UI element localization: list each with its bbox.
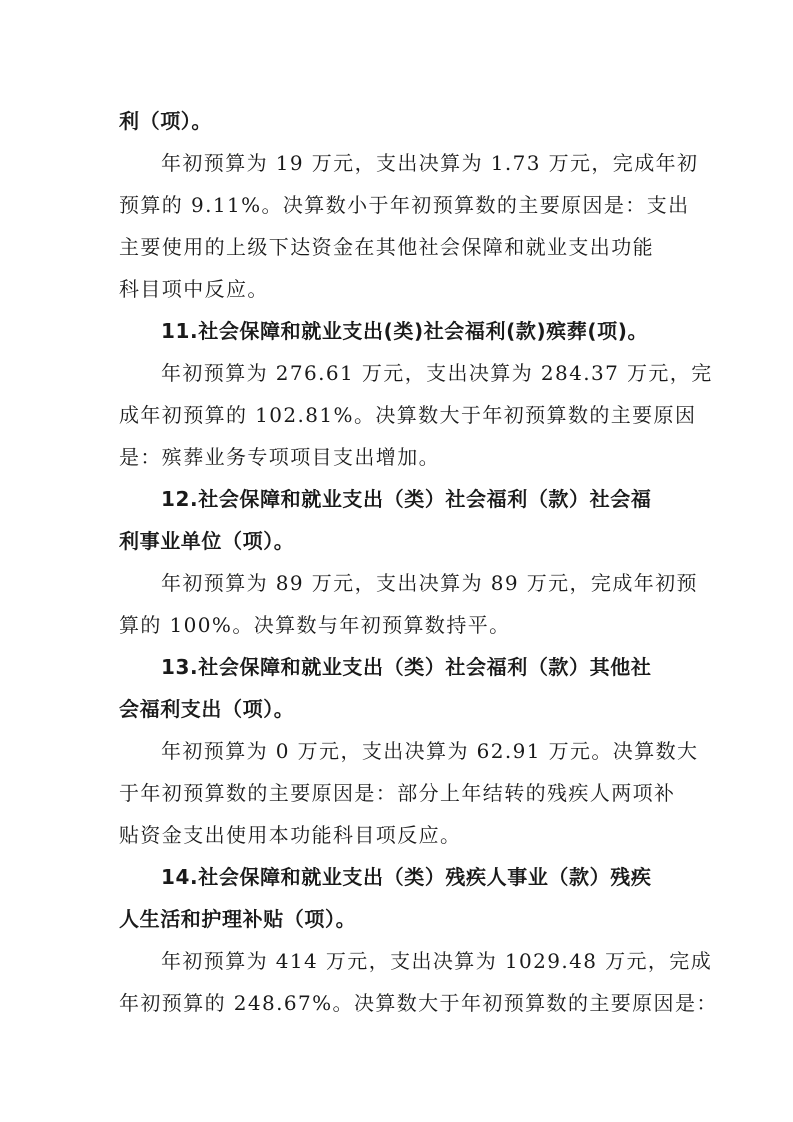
document-page: 利（项）。 年初预算为 19 万元，支出决算为 1.73 万元，完成年初 预算的… — [119, 100, 674, 1024]
section-body-14: 年初预算为 414 万元，支出决算为 1029.48 万元，完成 年初预算的 2… — [119, 940, 674, 1024]
section-body-10: 年初预算为 19 万元，支出决算为 1.73 万元，完成年初 预算的 9.11%… — [119, 142, 674, 310]
body-line: 算的 100%。决算数与年初预算数持平。 — [119, 604, 674, 646]
body-line: 主要使用的上级下达资金在其他社会保障和就业支出功能 — [119, 226, 674, 268]
section-heading-13: 13.社会保障和就业支出（类）社会福利（款）其他社 会福利支出（项）。 — [119, 646, 674, 730]
section-body-12: 年初预算为 89 万元，支出决算为 89 万元，完成年初预 算的 100%。决算… — [119, 562, 674, 646]
heading-line: 人生活和护理补贴（项）。 — [119, 898, 674, 940]
heading-line: 12.社会保障和就业支出（类）社会福利（款）社会福 — [119, 478, 674, 520]
section-heading-12: 12.社会保障和就业支出（类）社会福利（款）社会福 利事业单位（项）。 — [119, 478, 674, 562]
section-body-13: 年初预算为 0 万元，支出决算为 62.91 万元。决算数大 于年初预算数的主要… — [119, 730, 674, 856]
body-line: 年初预算的 248.67%。决算数大于年初预算数的主要原因是： — [119, 982, 674, 1024]
body-line: 成年初预算的 102.81%。决算数大于年初预算数的主要原因 — [119, 394, 674, 436]
heading-line: 会福利支出（项）。 — [119, 688, 674, 730]
section-heading-14: 14.社会保障和就业支出（类）残疾人事业（款）残疾 人生活和护理补贴（项）。 — [119, 856, 674, 940]
body-line: 科目项中反应。 — [119, 268, 674, 310]
section-heading-11: 11.社会保障和就业支出(类)社会福利(款)殡葬(项)。 — [119, 310, 674, 352]
body-line: 年初预算为 19 万元，支出决算为 1.73 万元，完成年初 — [119, 142, 674, 184]
body-line: 年初预算为 276.61 万元，支出决算为 284.37 万元，完 — [119, 352, 674, 394]
body-line: 年初预算为 414 万元，支出决算为 1029.48 万元，完成 — [119, 940, 674, 982]
body-line: 预算的 9.11%。决算数小于年初预算数的主要原因是：支出 — [119, 184, 674, 226]
section-heading-10-continuation: 利（项）。 — [119, 100, 674, 142]
heading-line: 11.社会保障和就业支出(类)社会福利(款)殡葬(项)。 — [119, 310, 674, 352]
section-body-11: 年初预算为 276.61 万元，支出决算为 284.37 万元，完 成年初预算的… — [119, 352, 674, 478]
heading-line: 14.社会保障和就业支出（类）残疾人事业（款）残疾 — [119, 856, 674, 898]
heading-line: 利事业单位（项）。 — [119, 520, 674, 562]
body-line: 年初预算为 89 万元，支出决算为 89 万元，完成年初预 — [119, 562, 674, 604]
body-line: 年初预算为 0 万元，支出决算为 62.91 万元。决算数大 — [119, 730, 674, 772]
heading-line: 13.社会保障和就业支出（类）社会福利（款）其他社 — [119, 646, 674, 688]
body-line: 于年初预算数的主要原因是：部分上年结转的残疾人两项补 — [119, 772, 674, 814]
body-line: 是：殡葬业务专项项目支出增加。 — [119, 436, 674, 478]
body-line: 贴资金支出使用本功能科目项反应。 — [119, 814, 674, 856]
heading-line: 利（项）。 — [119, 100, 674, 142]
